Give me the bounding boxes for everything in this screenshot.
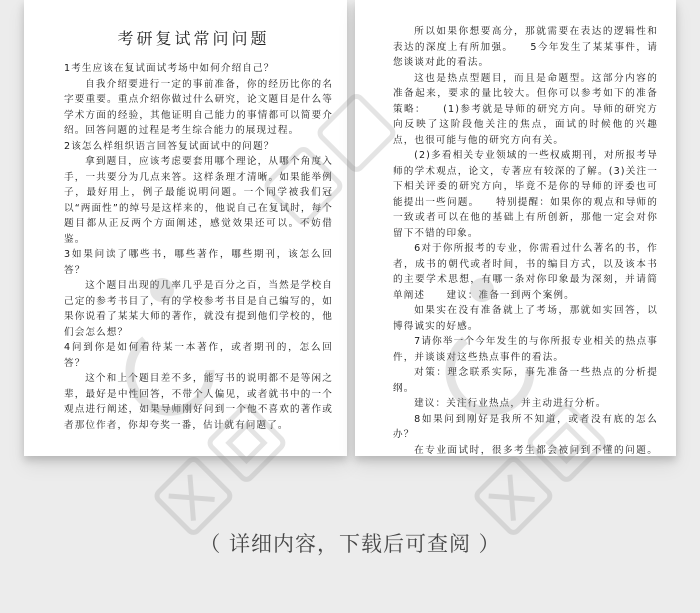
answer-3: 这个题目出现的几率几乎是百分之百，当然是学校自己定的参考书目了，有的学校参考书目…: [64, 278, 333, 340]
paragraph: (2)多看相关专业领域的一些权威期刊，对所报考导师的学术观点，论文，专著应有较深…: [393, 148, 658, 241]
question-4: 4问到你是如何看待某一本著作，或者期刊的，怎么回答？: [64, 340, 333, 371]
download-caption: （ 详细内容，下载后可查阅 ）: [0, 528, 700, 558]
question-1: 1考生应该在复试面试考场中如何介绍自己？: [64, 61, 333, 77]
paragraph: 如果实在没有准备就上了考场，那就如实回答，以博得诚实的好感。: [393, 303, 658, 334]
left-page-body: 1考生应该在复试面试考场中如何介绍自己？ 自我介绍要进行一定的事前准备，你的经历…: [64, 61, 333, 433]
paragraph: 7请你举一个今年发生的与你所报专业相关的热点事件，并谈谈对这些热点事件的看法。: [393, 334, 658, 365]
paragraph: 8如果问到刚好是我所不知道，或者没有底的怎么办？: [393, 412, 658, 443]
question-3: 3如果问读了哪些书，哪些著作，哪些期刊，该怎么回答？: [64, 247, 333, 278]
answer-4: 这个和上个题目差不多，能写书的说明都不是等闲之辈，最好是中性回答，不带个人偏见，…: [64, 371, 333, 433]
document-title: 考研复试常问问题: [64, 26, 333, 49]
paragraph: 在专业面试时，很多考生都会被问到不懂的问题。此时考生一定要诚实，就说不是很了解，…: [393, 443, 658, 457]
document-page-right: 所以如果你想要高分，那就需要在表达的逻辑性和表达的深度上有所加强。 5今年发生了…: [355, 0, 676, 456]
paragraph: 建议：关注行业热点，并主动进行分析。: [393, 396, 658, 412]
paragraph: 所以如果你想要高分，那就需要在表达的逻辑性和表达的深度上有所加强。 5今年发生了…: [393, 24, 658, 71]
answer-2: 拿到题目，应该考虑要套用哪个理论，从哪个角度入手，一共要分为几点来答。这样条理才…: [64, 154, 333, 247]
document-page-left: 考研复试常问问题 1考生应该在复试面试考场中如何介绍自己？ 自我介绍要进行一定的…: [24, 0, 347, 456]
paragraph: 这也是热点型题目，而且是命题型。这部分内容的准备起来，要求的量比较大。但你可以参…: [393, 71, 658, 149]
right-page-body: 所以如果你想要高分，那就需要在表达的逻辑性和表达的深度上有所加强。 5今年发生了…: [393, 24, 658, 456]
question-2: 2该怎么样组织语言回答复试面试中的问题？: [64, 139, 333, 155]
answer-1: 自我介绍要进行一定的事前准备，你的经历比你的名字要重要。重点介绍你做过什么研究，…: [64, 77, 333, 139]
paragraph: 对策：理念联系实际，事先准备一些热点的分析提纲。: [393, 365, 658, 396]
paragraph: 6对于你所报考的专业，你需看过什么著名的书，作者，成书的朝代或者时间，书的编目方…: [393, 241, 658, 303]
